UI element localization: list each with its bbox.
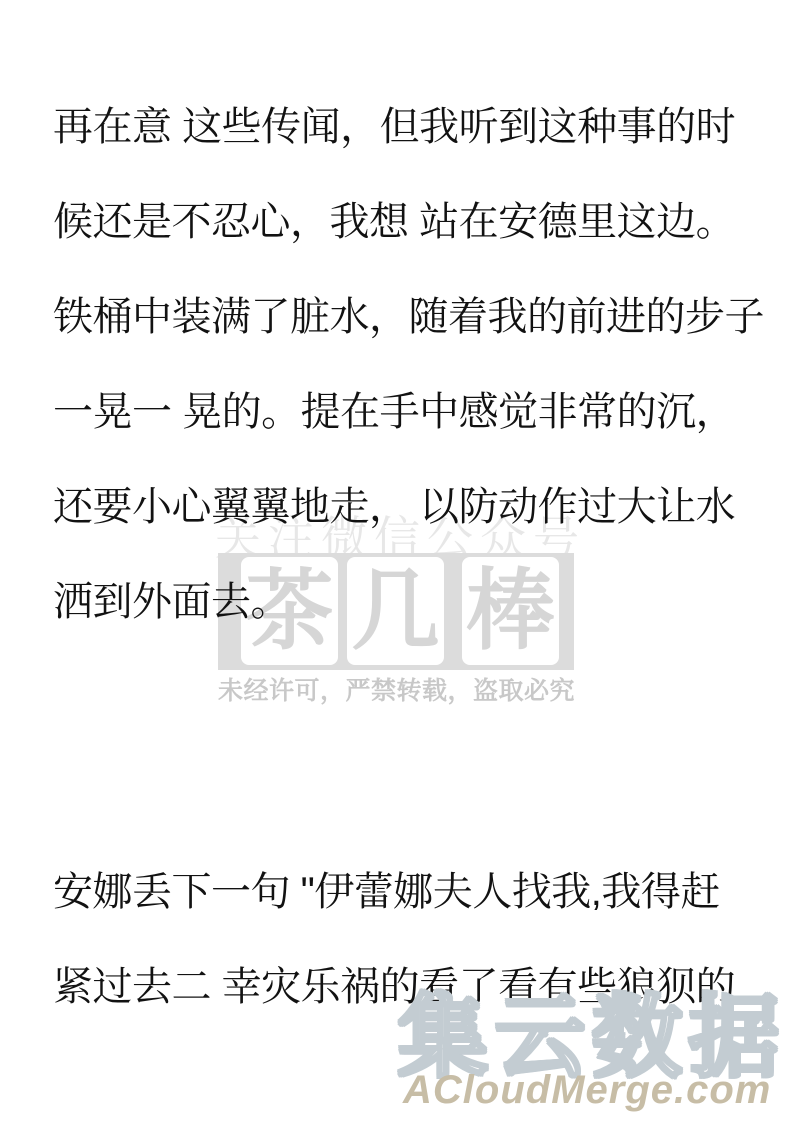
document-page: 关注微信公众号 茶 几 棒 未经许可，严禁转载，盗取必究 再在意 这些传闻，但我… <box>0 0 794 1122</box>
text-line: 安娜丢下一句 "伊蕾娜夫人找我,我得赶 <box>53 845 768 940</box>
text-line: 再在意 这些传闻，但我听到这种事的时 <box>53 80 768 175</box>
novel-paragraph-1: 再在意 这些传闻，但我听到这种事的时 候还是不忍心，我想 站在安德里这边。 铁桶… <box>53 80 768 650</box>
brand-url-text: ACloudMerge.com <box>403 1070 771 1110</box>
text-line: 一晃一 晃的。提在手中感觉非常的沉， <box>53 365 768 460</box>
text-line: 候还是不忍心，我想 站在安德里这边。 <box>53 175 768 270</box>
copyright-warning-text: 未经许可，严禁转载，盗取必究 <box>218 671 575 707</box>
text-line: 洒到外面去。 <box>53 555 768 650</box>
text-line: 还要小心翼翼地走， 以防动作过大让水 <box>53 460 768 555</box>
text-line: 铁桶中装满了脏水，随着我的前进的步子 <box>53 270 768 365</box>
